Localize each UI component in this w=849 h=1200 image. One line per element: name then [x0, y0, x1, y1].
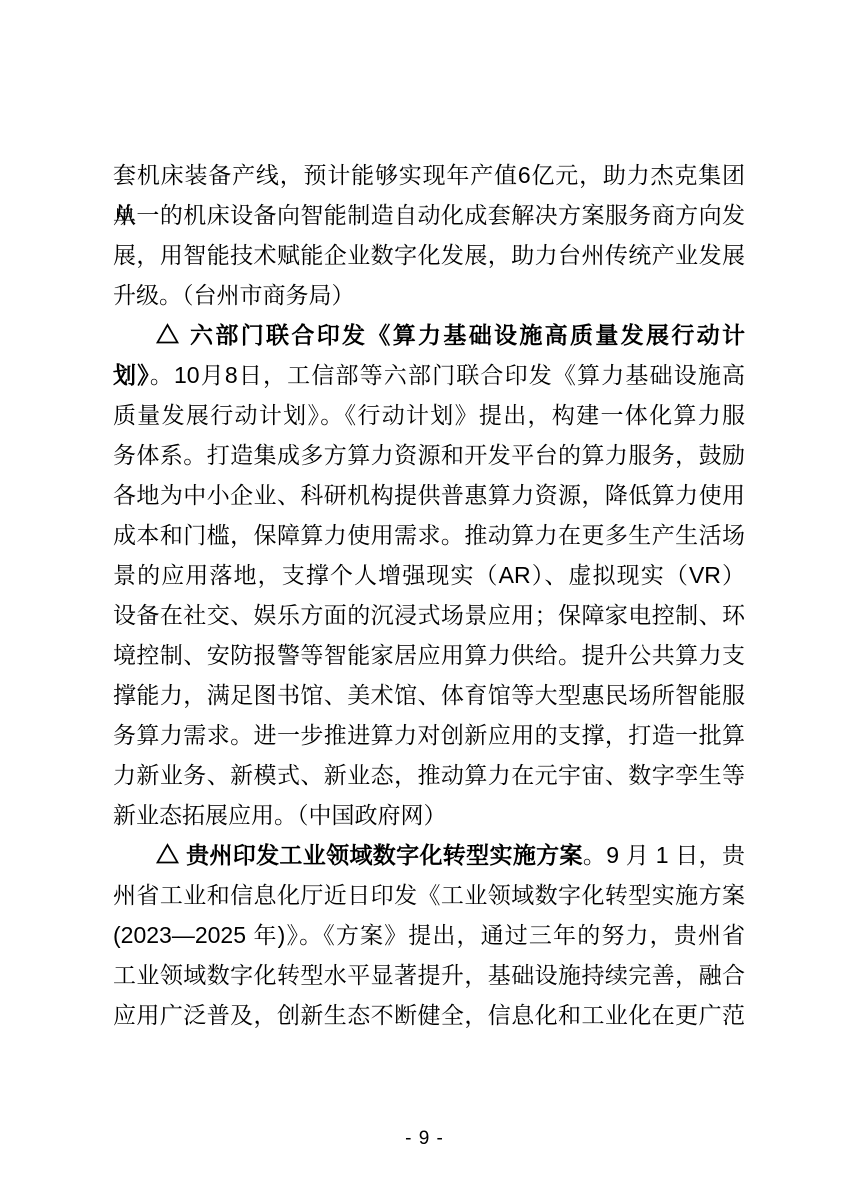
text-line: △ 六部门联合印发《算力基础设施高质量发展行动计 — [113, 315, 745, 355]
text-segment: 升级。（台州市商务局） — [113, 282, 355, 308]
text-segment: 新业态拓展应用。（中国政府网） — [113, 802, 447, 828]
text-segment: 成本和门槛，保障算力使用需求。推动算力在更多生产生活场 — [113, 522, 745, 548]
text-segment: 设备在社交、娱乐方面的沉浸式场景应用；保障家电控制、环 — [113, 602, 745, 628]
text-line: 设备在社交、娱乐方面的沉浸式场景应用；保障家电控制、环 — [113, 595, 745, 635]
text-block: 套机床装备产线，预计能够实现年产值6亿元，助力杰克集团从单一的机床设备向智能制造… — [113, 155, 745, 1035]
paragraph-1: 套机床装备产线，预计能够实现年产值6亿元，助力杰克集团从单一的机床设备向智能制造… — [113, 155, 745, 315]
bold-text-segment: 划》 — [113, 362, 150, 388]
text-line: (2023—2025 年)》。《方案》提出，通过三年的努力，贵州省 — [113, 915, 745, 955]
text-segment: 。9 月 1 日，贵 — [583, 842, 745, 868]
text-line: 新业态拓展应用。（中国政府网） — [113, 795, 745, 835]
text-line: 务体系。打造集成多方算力资源和开发平台的算力服务，鼓励 — [113, 435, 745, 475]
text-line: 套机床装备产线，预计能够实现年产值6亿元，助力杰克集团从 — [113, 155, 745, 195]
text-segment: 务体系。打造集成多方算力资源和开发平台的算力服务，鼓励 — [113, 442, 745, 468]
text-line: 各地为中小企业、科研机构提供普惠算力资源，降低算力使用 — [113, 475, 745, 515]
text-segment: 展，用智能技术赋能企业数字化发展，助力台州传统产业发展 — [113, 242, 745, 268]
paragraph-3: △ 贵州印发工业领域数字化转型实施方案。9 月 1 日，贵州省工业和信息化厅近日… — [113, 835, 745, 1035]
text-segment: 单一的机床设备向智能制造自动化成套解决方案服务商方向发 — [113, 202, 745, 228]
text-segment: 州省工业和信息化厅近日印发《工业领域数字化转型实施方案 — [113, 882, 745, 908]
document-page: 套机床装备产线，预计能够实现年产值6亿元，助力杰克集团从单一的机床设备向智能制造… — [0, 0, 849, 1200]
page-number: - 9 - — [0, 1126, 849, 1152]
paragraph-2: △ 六部门联合印发《算力基础设施高质量发展行动计划》。10月8日，工信部等六部门… — [113, 315, 745, 835]
text-line: 展，用智能技术赋能企业数字化发展，助力台州传统产业发展 — [113, 235, 745, 275]
text-line: 工业领域数字化转型水平显著提升，基础设施持续完善，融合 — [113, 955, 745, 995]
text-segment: 务算力需求。进一步推进算力对创新应用的支撑，打造一批算 — [113, 722, 745, 748]
text-line: 力新业务、新模式、新业态，推动算力在元宇宙、数字孪生等 — [113, 755, 745, 795]
bold-text-segment: △ 贵州印发工业领域数字化转型实施方案 — [156, 842, 583, 868]
text-line: 州省工业和信息化厅近日印发《工业领域数字化转型实施方案 — [113, 875, 745, 915]
text-segment: 各地为中小企业、科研机构提供普惠算力资源，降低算力使用 — [113, 482, 745, 508]
text-segment: 质量发展行动计划》。《行动计划》提出，构建一体化算力服 — [113, 402, 745, 428]
text-segment: 工业领域数字化转型水平显著提升，基础设施持续完善，融合 — [113, 962, 745, 988]
text-line: 撑能力，满足图书馆、美术馆、体育馆等大型惠民场所智能服 — [113, 675, 745, 715]
text-line: 划》。10月8日，工信部等六部门联合印发《算力基础设施高 — [113, 355, 745, 395]
text-segment: 应用广泛普及，创新生态不断健全，信息化和工业化在更广范 — [113, 1002, 745, 1028]
text-line: 单一的机床设备向智能制造自动化成套解决方案服务商方向发 — [113, 195, 745, 235]
text-line: 务算力需求。进一步推进算力对创新应用的支撑，打造一批算 — [113, 715, 745, 755]
bold-text-segment: △ 六部门联合印发《算力基础设施高质量发展行动计 — [156, 322, 745, 348]
text-segment: 景的应用落地，支撑个人增强现实（AR）、虚拟现实（VR） — [113, 562, 745, 588]
text-line: △ 贵州印发工业领域数字化转型实施方案。9 月 1 日，贵 — [113, 835, 745, 875]
text-line: 景的应用落地，支撑个人增强现实（AR）、虚拟现实（VR） — [113, 555, 745, 595]
text-line: 应用广泛普及，创新生态不断健全，信息化和工业化在更广范 — [113, 995, 745, 1035]
text-line: 境控制、安防报警等智能家居应用算力供给。提升公共算力支 — [113, 635, 745, 675]
text-segment: 。10月8日，工信部等六部门联合印发《算力基础设施高 — [150, 362, 745, 388]
text-segment: 撑能力，满足图书馆、美术馆、体育馆等大型惠民场所智能服 — [113, 682, 745, 708]
text-segment: (2023—2025 年)》。《方案》提出，通过三年的努力，贵州省 — [113, 922, 745, 948]
text-line: 升级。（台州市商务局） — [113, 275, 745, 315]
text-segment: 境控制、安防报警等智能家居应用算力供给。提升公共算力支 — [113, 642, 745, 668]
text-segment: 力新业务、新模式、新业态，推动算力在元宇宙、数字孪生等 — [113, 762, 745, 788]
text-line: 成本和门槛，保障算力使用需求。推动算力在更多生产生活场 — [113, 515, 745, 555]
text-line: 质量发展行动计划》。《行动计划》提出，构建一体化算力服 — [113, 395, 745, 435]
